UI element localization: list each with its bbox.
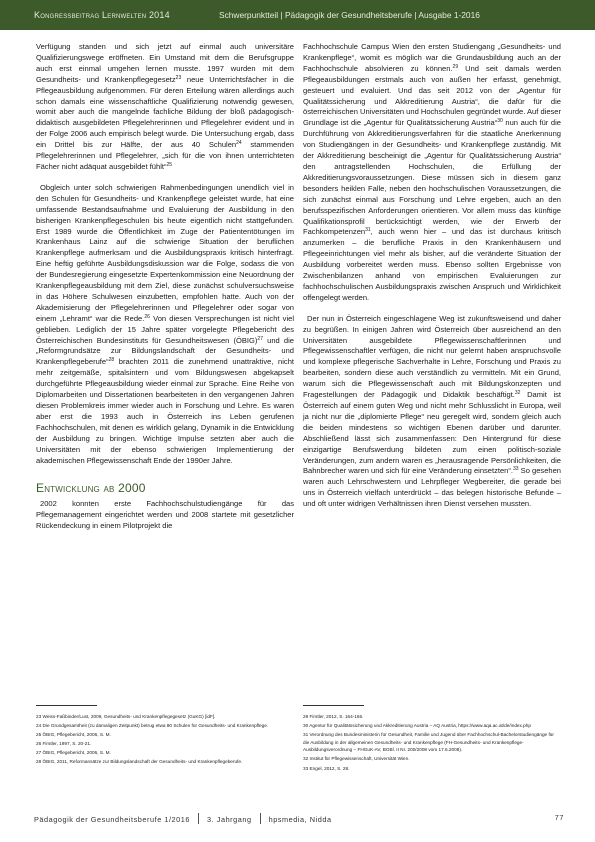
footnote-item: 27 ÖBIG, Pflegebericht, 2006, S. M. xyxy=(36,749,294,757)
left-column: Verfügung standen und sich jetzt auf ein… xyxy=(36,42,294,532)
footer-journal: Pädagogik der Gesundheitsberufe 1/2016 xyxy=(34,815,190,824)
footer-separator xyxy=(198,813,199,824)
footnote-item: 26 Firstler, 1997, S. 20-21. xyxy=(36,740,294,748)
header-congress-label: Kongressbeitrag Lernwelten 2014 xyxy=(34,10,170,20)
footnotes-right: 29 Firstler, 2012, S. 164-165.30 Agentur… xyxy=(303,705,561,774)
page-number: 77 xyxy=(555,813,564,822)
paragraph-text: , auch wenn hier – und das ist durchaus … xyxy=(303,227,561,301)
footer-volume: 3. Jahrgang xyxy=(207,815,252,824)
footnote-list-right: 29 Firstler, 2012, S. 164-165.30 Agentur… xyxy=(303,713,561,772)
body-paragraph: Obgleich unter solch schwierigen Rahmenb… xyxy=(36,183,294,467)
footnote-item: 28 ÖBIG, 2011, Reformansätze zur Bildung… xyxy=(36,758,294,766)
footnote-item: 31 Verordnung des Bundesministerin für G… xyxy=(303,731,561,754)
footer-separator xyxy=(260,813,261,824)
footnote-item: 29 Firstler, 2012, S. 164-165. xyxy=(303,713,561,721)
paragraph-text: Obgleich unter solch schwierigen Rahmenb… xyxy=(36,183,294,323)
footnote-item: 25 ÖBIG, Pflegebericht, 2006, S. M. xyxy=(36,731,294,739)
footer-publisher: hpsmedia, Nidda xyxy=(269,815,332,824)
header-section-label: Schwerpunktteil | Pädagogik der Gesundhe… xyxy=(219,10,480,20)
paragraph-text: neue Unterrichtsfächer in die Pflegeausb… xyxy=(36,75,294,149)
footnote-item: 24 Die Grundgesamtheit (zu damaligen Zei… xyxy=(36,722,294,730)
footnote-item: 30 Agentur für Qualitätssicherung und Ak… xyxy=(303,722,561,730)
body-paragraph: Der nun in Österreich eingeschlagene Weg… xyxy=(303,314,561,510)
section-heading: Entwicklung ab 2000 xyxy=(36,481,294,495)
right-column-body: Fachhochschule Campus Wien den ersten St… xyxy=(303,42,561,510)
left-column-body: Verfügung standen und sich jetzt auf ein… xyxy=(36,42,294,466)
running-header: Kongressbeitrag Lernwelten 2014 Schwerpu… xyxy=(0,0,595,30)
body-paragraph: Fachhochschule Campus Wien den ersten St… xyxy=(303,42,561,304)
footnote-item: 23 Weiss-Faßbinder/Lust, 2009, Gesundhei… xyxy=(36,713,294,721)
left-column-body-after-heading: 2002 konnten erste Fachhochschulstudieng… xyxy=(36,499,294,532)
paragraph-text: brachten 2011 die zunehmend unattraktive… xyxy=(36,357,294,464)
paragraph-text: Der nun in Österreich eingeschlagene Weg… xyxy=(303,314,561,399)
footnote-divider xyxy=(36,705,97,706)
footnote-item: 32 Institut für Pflegewissenschaft, Univ… xyxy=(303,755,561,763)
body-paragraph: 2002 konnten erste Fachhochschulstudieng… xyxy=(36,499,294,532)
paragraph-text: nun auch für die Durchführung von Akkred… xyxy=(303,118,561,236)
footnotes-left: 23 Weiss-Faßbinder/Lust, 2009, Gesundhei… xyxy=(36,705,294,768)
footer-citation: Pädagogik der Gesundheitsberufe 1/20163.… xyxy=(34,813,332,824)
footnote-item: 33 Engel, 2012, S. 28. xyxy=(303,765,561,773)
running-footer: Pädagogik der Gesundheitsberufe 1/20163.… xyxy=(34,813,564,827)
paragraph-text: Damit ist Österreich auf einem guten Weg… xyxy=(303,390,561,475)
footnote-reference[interactable]: 25 xyxy=(166,162,172,168)
paragraph-text: 2002 konnten erste Fachhochschulstudieng… xyxy=(36,499,294,530)
right-column: Fachhochschule Campus Wien den ersten St… xyxy=(303,42,561,510)
body-paragraph: Verfügung standen und sich jetzt auf ein… xyxy=(36,42,294,173)
footnote-list-left: 23 Weiss-Faßbinder/Lust, 2009, Gesundhei… xyxy=(36,713,294,766)
footnote-divider xyxy=(303,705,364,706)
